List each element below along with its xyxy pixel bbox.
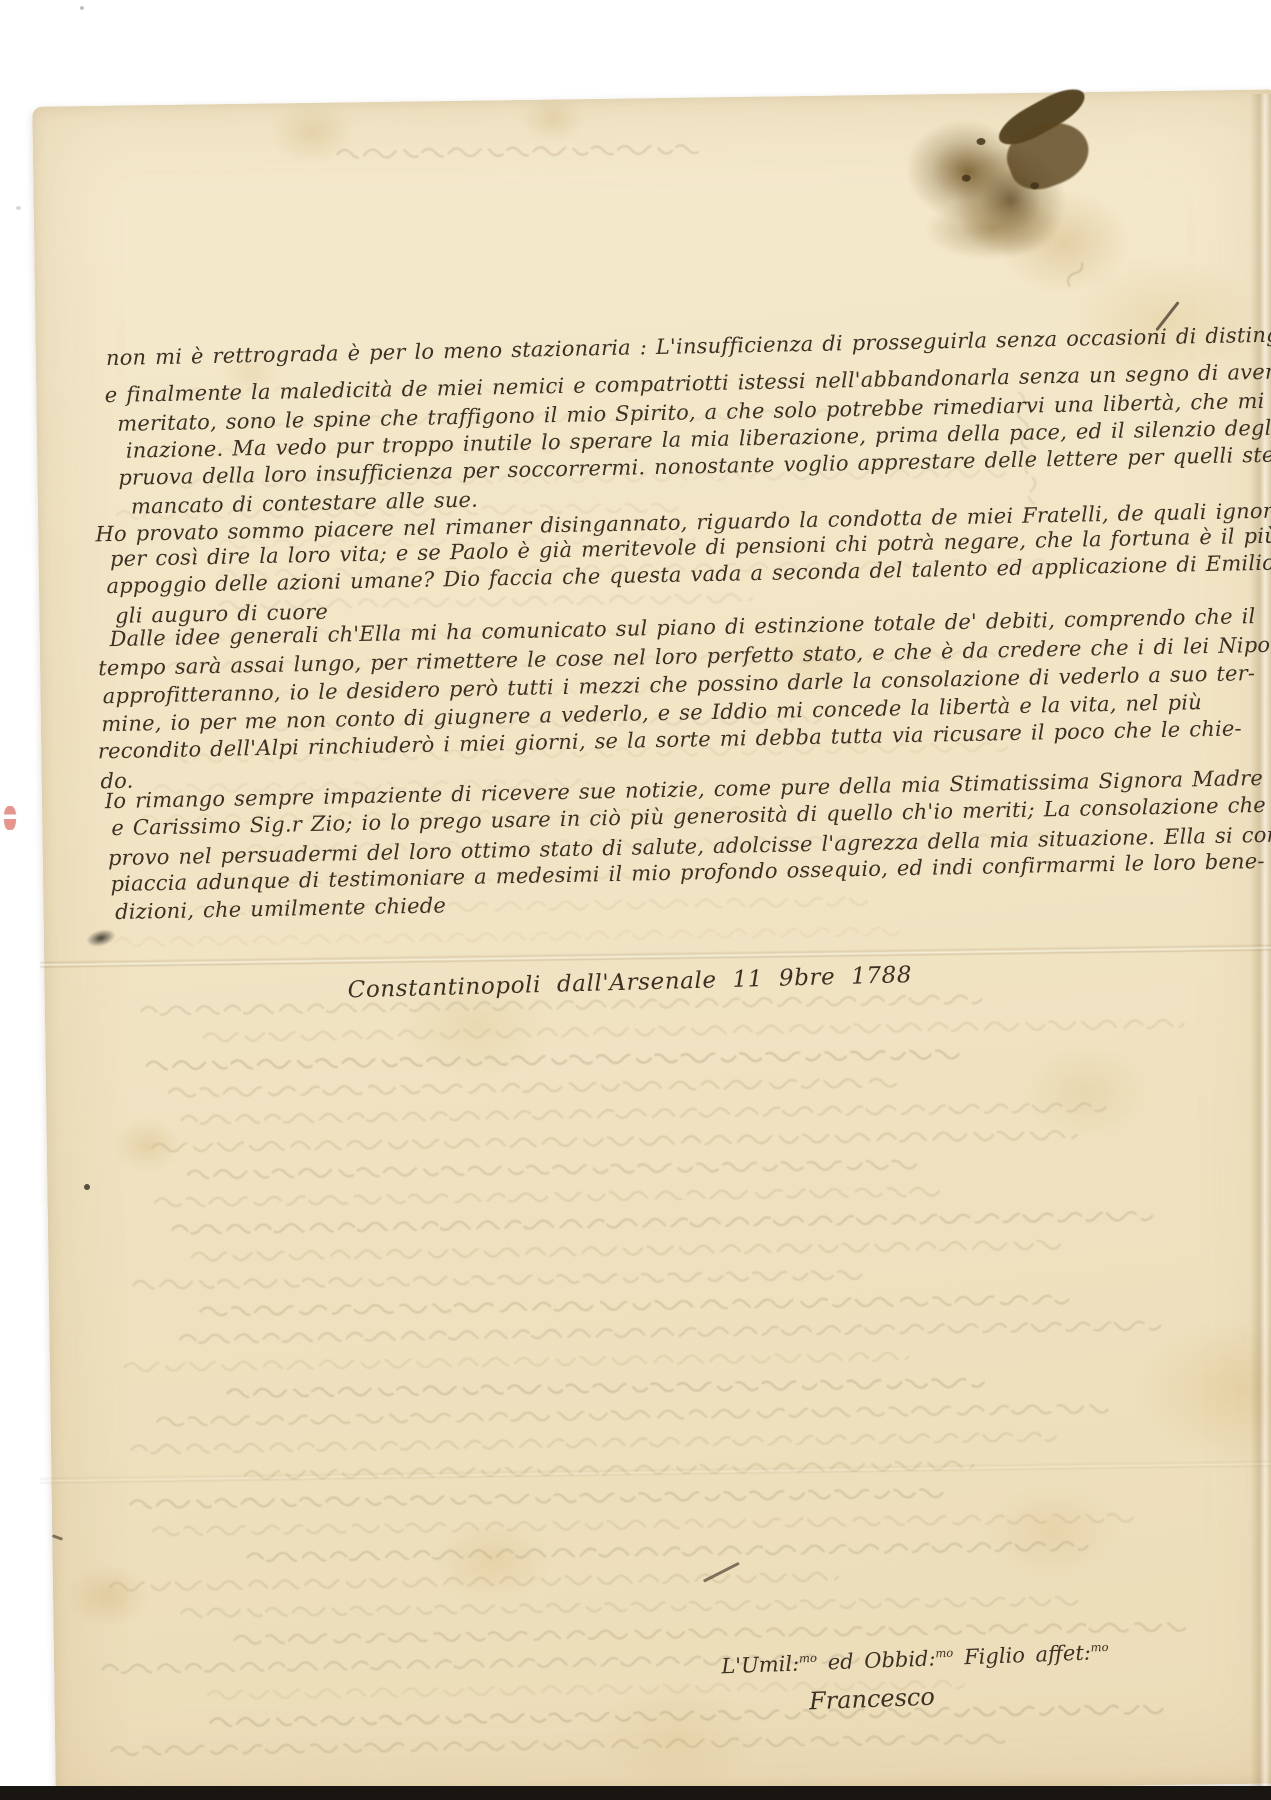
letter-line: mancato di contestare alle sue. [131, 490, 479, 518]
signature-closing-part: Figlio affet: [953, 1641, 1091, 1670]
dateline: Constantinopoli dall'Arsenale 11 9bre 17… [347, 962, 912, 1003]
signature-closing-part: ed Obbid: [817, 1646, 936, 1674]
letter-line: non mi è rettrograda è per lo meno stazi… [106, 323, 1271, 369]
signature-superscript: mo [935, 1646, 953, 1661]
signature-closing-part: L'Umil: [721, 1651, 800, 1678]
signature-closing: L'Umil:mo ed Obbid:mo Figlio affet:mo [721, 1640, 1109, 1679]
scanned-letter-page: non mi è rettrograda è per lo meno stazi… [0, 0, 1271, 1800]
signature-superscript: mo [799, 1651, 817, 1666]
signature-name: Francesco [809, 1683, 936, 1716]
scan-edge-strip [0, 1786, 1271, 1800]
letter-text: non mi è rettrograda è per lo meno stazi… [0, 0, 1271, 1800]
signature-superscript: mo [1090, 1640, 1108, 1655]
letter-line: dizioni, che umilmente chiede [115, 895, 446, 923]
